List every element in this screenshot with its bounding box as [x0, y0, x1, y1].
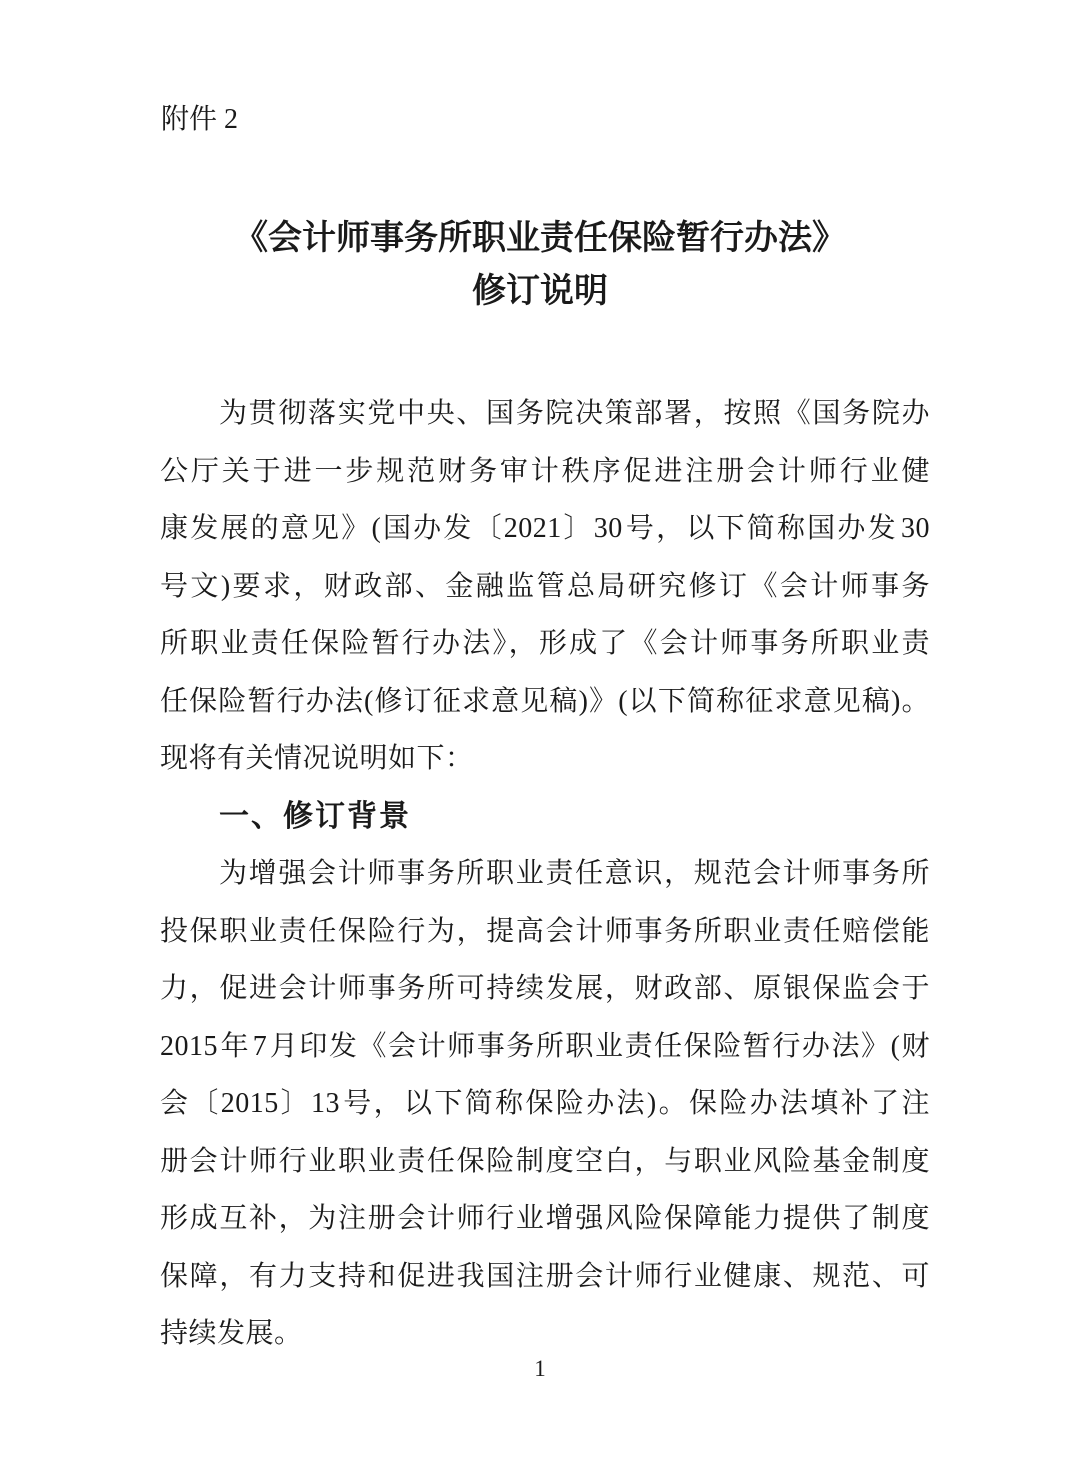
- document-title-line-2: 修订说明: [0, 265, 1080, 318]
- body-line: 现将有关情况说明如下：: [160, 730, 930, 788]
- body-line: 会〔2015〕13 号，以下简称保险办法)。保险办法填补了注: [160, 1075, 930, 1133]
- body-line: 册会计师行业职业责任保险制度空白，与职业风险基金制度: [160, 1133, 930, 1191]
- document-page: 附件 2 《会计师事务所职业责任保险暂行办法》 修订说明 为贯彻落实党中央、国务…: [0, 0, 1080, 1481]
- body-line: 2015 年 7 月印发《会计师事务所职业责任保险暂行办法》(财: [160, 1018, 930, 1076]
- body-line: 为增强会计师事务所职业责任意识，规范会计师事务所: [160, 845, 930, 903]
- section-heading: 一、修订背景: [160, 788, 930, 846]
- attachment-label: 附件 2: [161, 103, 238, 137]
- body-line: 形成互补，为注册会计师行业增强风险保障能力提供了制度: [160, 1190, 930, 1248]
- body-line: 公厅关于进一步规范财务审计秩序促进注册会计师行业健: [160, 443, 930, 501]
- body-line: 保障，有力支持和促进我国注册会计师行业健康、规范、可: [160, 1248, 930, 1306]
- document-body: 为贯彻落实党中央、国务院决策部署，按照《国务院办公厅关于进一步规范财务审计秩序促…: [160, 385, 930, 1363]
- body-line: 号文)要求，财政部、金融监管总局研究修订《会计师事务: [160, 558, 930, 616]
- body-line: 投保职业责任保险行为，提高会计师事务所职业责任赔偿能: [160, 903, 930, 961]
- document-title-line-1: 《会计师事务所职业责任保险暂行办法》: [0, 212, 1080, 265]
- body-line: 康发展的意见》(国办发〔2021〕30 号，以下简称国办发 30: [160, 500, 930, 558]
- body-line: 为贯彻落实党中央、国务院决策部署，按照《国务院办: [160, 385, 930, 443]
- page-number: 1: [0, 1354, 1080, 1384]
- body-line: 所职业责任保险暂行办法》，形成了《会计师事务所职业责: [160, 615, 930, 673]
- body-line: 力，促进会计师事务所可持续发展，财政部、原银保监会于: [160, 960, 930, 1018]
- body-line: 任保险暂行办法(修订征求意见稿)》(以下简称征求意见稿)。: [160, 673, 930, 731]
- document-title: 《会计师事务所职业责任保险暂行办法》 修订说明: [0, 212, 1080, 318]
